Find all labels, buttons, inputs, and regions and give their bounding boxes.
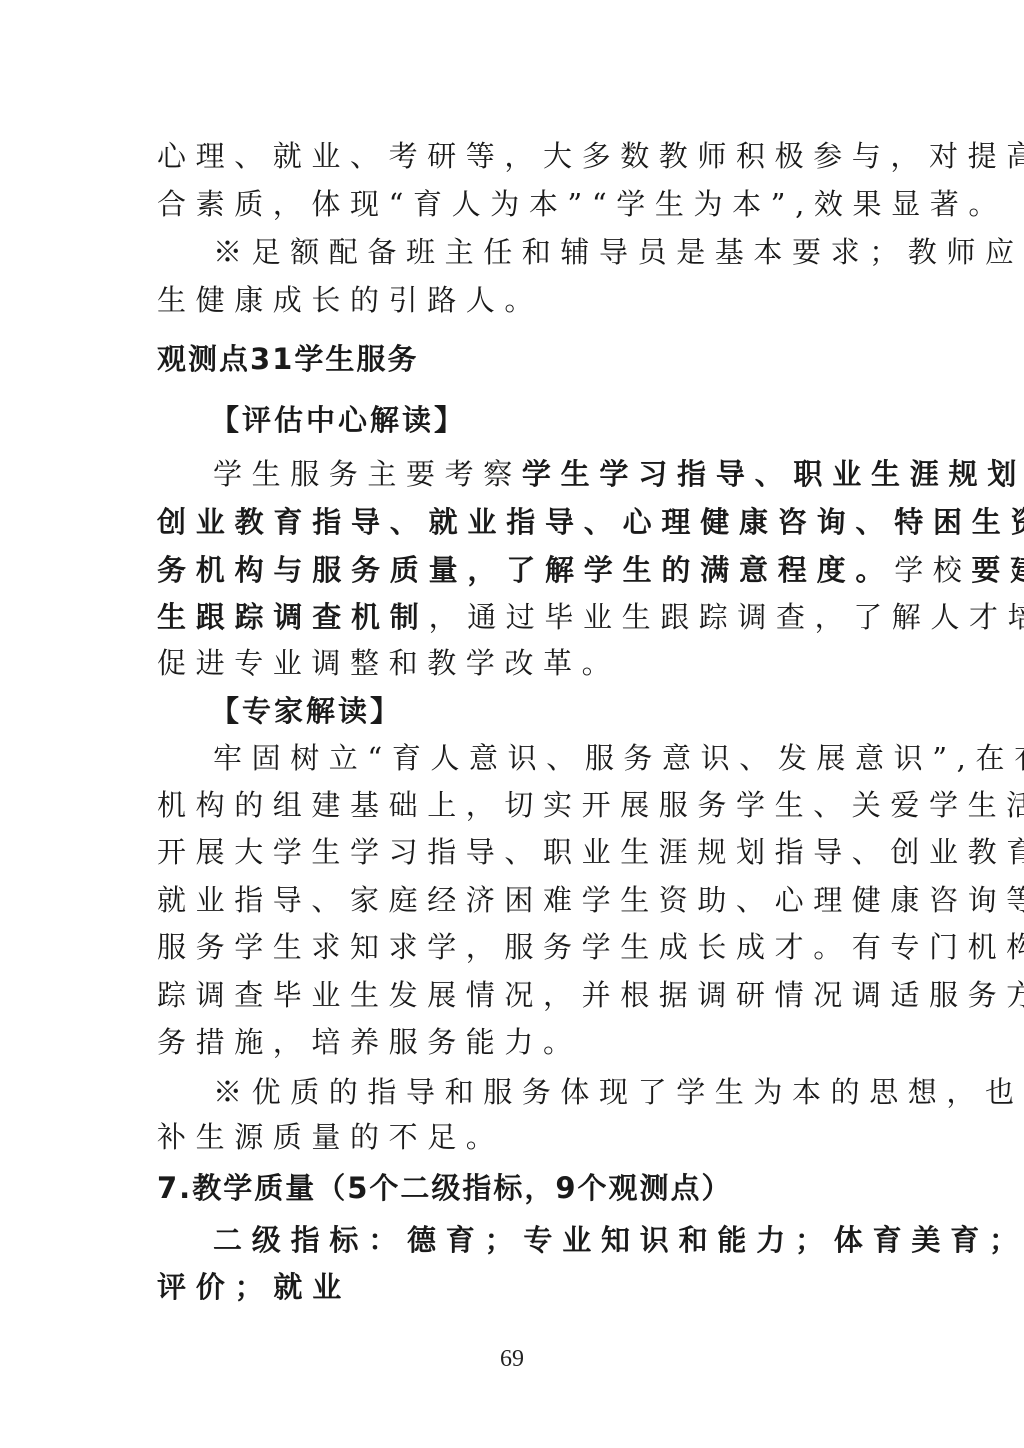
paragraph-line: 促进专业调整和教学改革。 — [157, 643, 872, 683]
text-segment: ※优质的指导和服务体现了学生为本的思想，也可以弥 — [213, 1075, 1024, 1109]
section-heading: 观测点31学生服务 — [157, 339, 872, 379]
paragraph-line: 评价；就业 — [157, 1267, 872, 1307]
paragraph-line: 服务学生求知求学，服务学生成长成才。有专门机构负责跟 — [157, 927, 872, 967]
paragraph-line: 创业教育指导、就业指导、心理健康咨询、特困生资助等服 — [157, 502, 872, 542]
text-segment: 生健康成长的引路人。 — [157, 283, 543, 317]
paragraph-line: 心理、就业、考研等，大多数教师积极参与，对提高学生综 — [157, 136, 872, 176]
text-segment: ，通过毕业生跟踪调查，了解人才培养质量， — [429, 600, 1024, 634]
text-segment: 牢固树立“育人意识、服务意识、发展意识”,在有关 — [213, 741, 1024, 775]
paragraph-line: 二级指标：德育；专业知识和能力；体育美育；校内外 — [213, 1220, 873, 1260]
text-segment: 合素质，体现“育人为本”“学生为本”,效果显著。 — [157, 187, 1007, 221]
heading-text: 7.教学质量（5个二级指标，9个观测点） — [157, 1171, 733, 1205]
paragraph-line: 补生源质量的不足。 — [157, 1117, 872, 1157]
paragraph-line: 务措施，培养服务能力。 — [157, 1022, 872, 1062]
bold-segment: 评价；就业 — [157, 1270, 351, 1304]
text-segment: 机构的组建基础上，切实开展服务学生、关爱学生活动，如 — [157, 788, 1024, 822]
bold-segment: 创业教育指导、就业指导、心理健康咨询、特困生资助等服 — [157, 505, 1024, 539]
text-segment: 踪调查毕业生发展情况，并根据调研情况调适服务方向与服 — [157, 978, 1024, 1012]
text-segment: 学生服务主要考察 — [213, 457, 522, 491]
document-page: 心理、就业、考研等，大多数教师积极参与，对提高学生综 合素质，体现“育人为本”“… — [0, 0, 1024, 1448]
text-segment: 务措施，培养服务能力。 — [157, 1025, 582, 1059]
paragraph-line: 就业指导、家庭经济困难学生资助、心理健康咨询等服务， — [157, 880, 872, 920]
bold-segment: 二级指标：德育；专业知识和能力；体育美育；校内外 — [213, 1223, 1024, 1257]
heading-text: 【评估中心解读】 — [210, 403, 466, 437]
subheading-expert: 【专家解读】 — [210, 691, 870, 731]
text-segment: 促进专业调整和教学改革。 — [157, 646, 620, 680]
bold-segment: 务机构与服务质量，了解学生的满意程度。 — [157, 553, 894, 587]
text-segment: 补生源质量的不足。 — [157, 1120, 504, 1154]
paragraph-line: 开展大学生学习指导、职业生涯规划指导、创业教育指导、 — [157, 832, 872, 872]
note-line: ※优质的指导和服务体现了学生为本的思想，也可以弥 — [213, 1072, 873, 1112]
paragraph-line: 机构的组建基础上，切实开展服务学生、关爱学生活动，如 — [157, 785, 872, 825]
section-heading-teaching-quality: 7.教学质量（5个二级指标，9个观测点） — [157, 1168, 872, 1208]
text-segment: 服务学生求知求学，服务学生成长成才。有专门机构负责跟 — [157, 930, 1024, 964]
text-segment: 心理、就业、考研等，大多数教师积极参与，对提高学生综 — [157, 139, 1024, 173]
page-number: 69 — [0, 1346, 1024, 1373]
heading-text: 观测点31学生服务 — [157, 342, 418, 376]
bold-segment: 生跟踪调查机制 — [157, 600, 429, 634]
text-segment: ※足额配备班主任和辅导员是基本要求；教师应成为学 — [213, 235, 1024, 269]
paragraph-line: 学生服务主要考察学生学习指导、职业生涯规划指导、 — [213, 454, 873, 494]
paragraph-line: 牢固树立“育人意识、服务意识、发展意识”,在有关 — [213, 738, 873, 778]
text-segment: 学校 — [894, 553, 971, 587]
paragraph-line: 合素质，体现“育人为本”“学生为本”,效果显著。 — [157, 184, 872, 224]
paragraph-line: 踪调查毕业生发展情况，并根据调研情况调适服务方向与服 — [157, 975, 872, 1015]
paragraph-line: 生健康成长的引路人。 — [157, 280, 872, 320]
text-segment: 开展大学生学习指导、职业生涯规划指导、创业教育指导、 — [157, 835, 1024, 869]
paragraph-line: 务机构与服务质量，了解学生的满意程度。学校要建立毕业 — [157, 550, 872, 590]
paragraph-line: 生跟踪调查机制，通过毕业生跟踪调查，了解人才培养质量， — [157, 597, 872, 637]
bold-segment: 要建立毕业 — [971, 553, 1024, 587]
note-line: ※足额配备班主任和辅导员是基本要求；教师应成为学 — [213, 232, 873, 272]
heading-text: 【专家解读】 — [210, 694, 402, 728]
bold-segment: 学生学习指导、职业生涯规划指导、 — [522, 457, 1024, 491]
subheading-evaluation-center: 【评估中心解读】 — [210, 400, 870, 440]
text-segment: 就业指导、家庭经济困难学生资助、心理健康咨询等服务， — [157, 883, 1024, 917]
